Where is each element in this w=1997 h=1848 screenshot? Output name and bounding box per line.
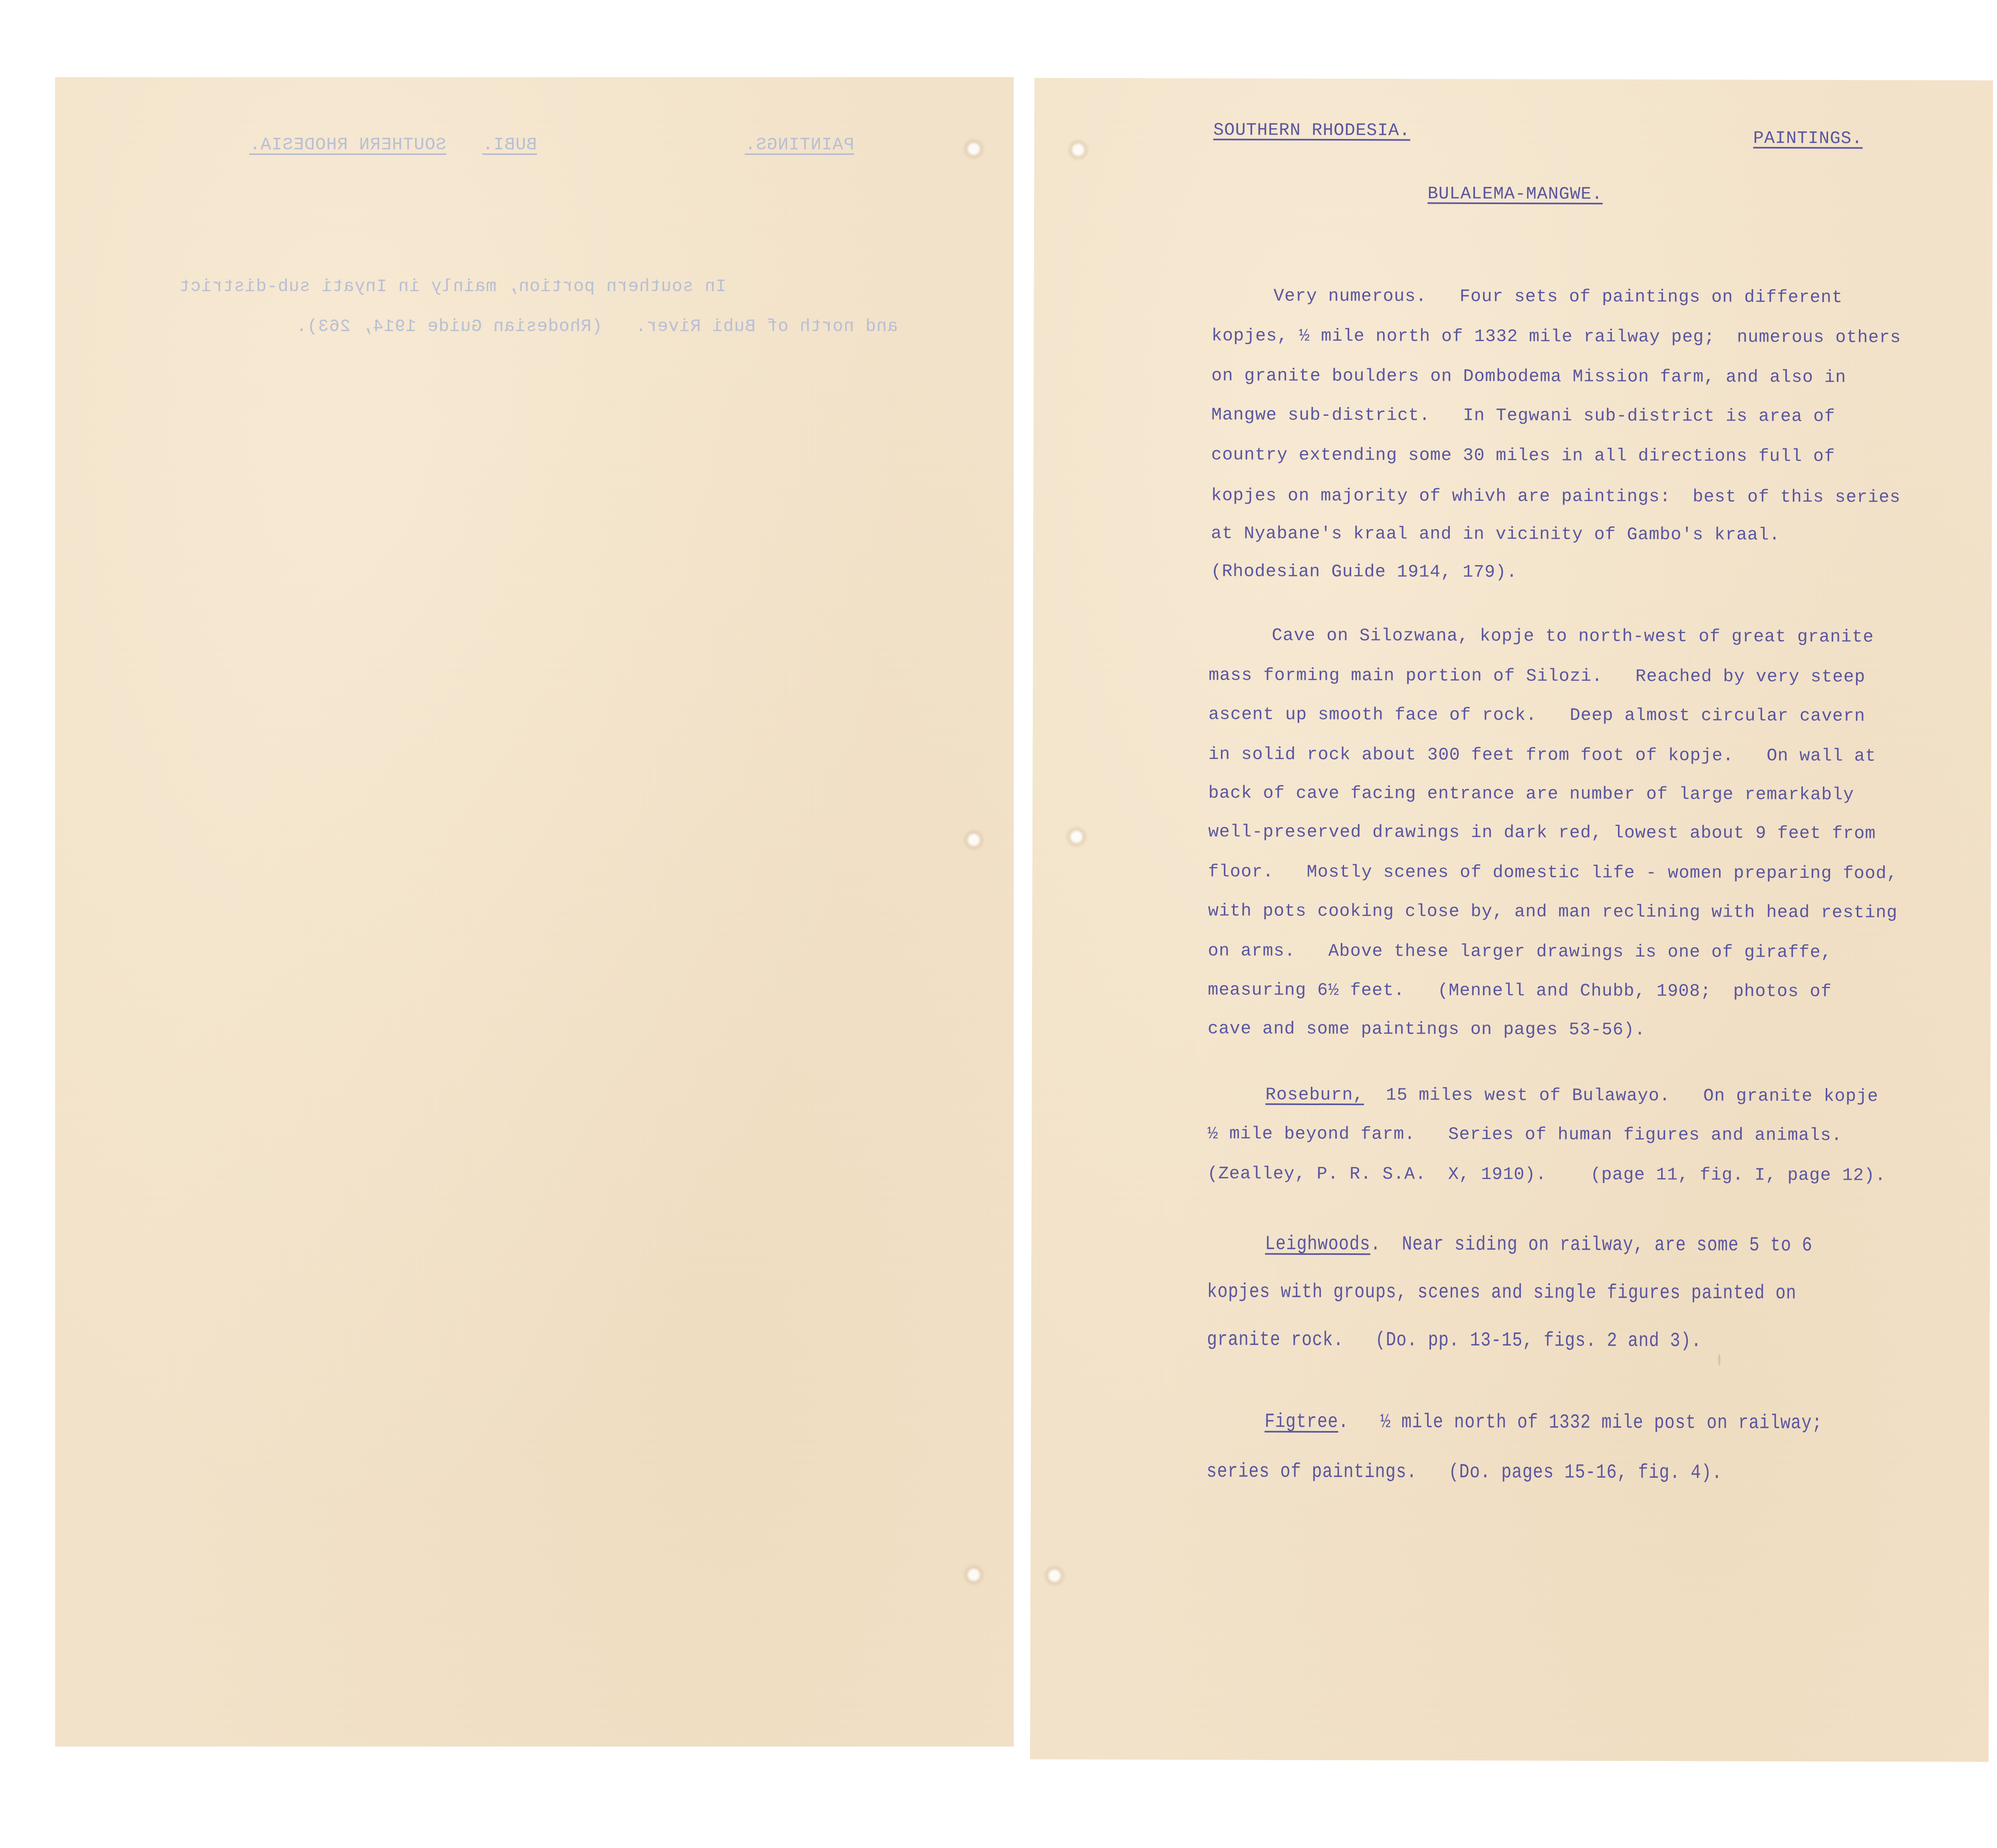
text-line: measuring 6½ feet. (Mennell and Chubb, 1… <box>1208 980 1832 1002</box>
text-line: with pots cooking close by, and man recl… <box>1208 901 1898 923</box>
text-line: back of cave facing entrance are number … <box>1208 783 1854 805</box>
paragraph-bulalema-mangwe: Very numerous. Four sets of paintings on… <box>1034 78 1993 80</box>
text-line-rest: . Near siding on railway, are some 5 to … <box>1370 1233 1812 1257</box>
ink-speck <box>1718 1354 1721 1366</box>
place-name-leighwoods: Leighwoods <box>1265 1233 1370 1256</box>
header-district: BUBI. <box>482 135 537 155</box>
text-line: series of paintings. (Do. pages 15-16, f… <box>1207 1460 1723 1484</box>
text-line: at Nyabane's kraal and in vicinity of Ga… <box>1211 524 1780 545</box>
text-line: kopjes with groups, scenes and single fi… <box>1207 1280 1797 1305</box>
header-region: SOUTHERN RHODESIA. <box>249 135 446 155</box>
mirrored-body-line: In southern portion, mainly in Inyati su… <box>179 277 898 297</box>
text-line: kopjes on majority of whivh are painting… <box>1211 486 1901 508</box>
staple-hole-mark <box>1064 825 1088 849</box>
left-page: PAINTINGS.BUBI.SOUTHERN RHODESIA. In sou… <box>55 77 1014 1747</box>
place-name-figtree: Figtree <box>1265 1411 1338 1433</box>
section-title: BULALEMA-MANGWE. <box>1427 184 1603 204</box>
text-line: (Rhodesian Guide 1914, 179). <box>1211 562 1517 582</box>
paragraph-leighwoods: Leighwoods. Near siding on railway, are … <box>1034 78 1993 80</box>
text-line: Very numerous. Four sets of paintings on… <box>1274 286 1843 308</box>
staple-hole-mark <box>962 1563 986 1587</box>
text-line: well-preserved drawings in dark red, low… <box>1208 822 1876 844</box>
text-line: kopjes, ½ mile north of 1332 mile railwa… <box>1211 326 1901 348</box>
header-region: SOUTHERN RHODESIA. <box>1213 120 1410 141</box>
text-line: country extending some 30 miles in all d… <box>1211 445 1835 466</box>
text-line: ½ mile beyond farm. Series of human figu… <box>1207 1124 1842 1145</box>
mirrored-header: PAINTINGS.BUBI.SOUTHERN RHODESIA. <box>179 115 898 175</box>
staple-hole-mark <box>1042 1564 1066 1588</box>
staple-hole-mark <box>962 137 986 161</box>
text-line-rest: 15 miles west of Bulawayo. On granite ko… <box>1364 1085 1878 1106</box>
text-line: Leighwoods. Near siding on railway, are … <box>1265 1233 1812 1257</box>
text-line: Roseburn, 15 miles west of Bulawayo. On … <box>1265 1085 1878 1107</box>
text-line: Figtree. ½ mile north of 1332 mile post … <box>1265 1411 1822 1435</box>
place-name-roseburn: Roseburn, <box>1265 1085 1364 1106</box>
text-line: (Zealley, P. R. S.A. X, 1910). (page 11,… <box>1207 1164 1886 1185</box>
text-line: granite rock. (Do. pp. 13-15, figs. 2 an… <box>1207 1328 1702 1352</box>
header-subject: PAINTINGS. <box>744 135 854 155</box>
paragraph-figtree: Figtree. ½ mile north of 1332 mile post … <box>1034 78 1993 80</box>
text-line: on granite boulders on Dombodema Mission… <box>1211 366 1846 387</box>
text-line: ascent up smooth face of rock. Deep almo… <box>1209 705 1865 726</box>
text-line: floor. Mostly scenes of domestic life - … <box>1208 862 1898 884</box>
text-line: cave and some paintings on pages 53-56). <box>1208 1019 1646 1040</box>
mirrored-body-line: and north of Bubi River. (Rhodesian Guid… <box>179 317 898 337</box>
text-line: on arms. Above these larger drawings is … <box>1208 941 1832 963</box>
right-page: SOUTHERN RHODESIA. PAINTINGS. BULALEMA-M… <box>1030 78 1993 1762</box>
text-line: Mangwe sub-district. In Tegwani sub-dist… <box>1211 405 1835 427</box>
paragraph-roseburn: Roseburn, 15 miles west of Bulawayo. On … <box>1034 78 1993 80</box>
staple-hole-mark <box>1066 138 1090 162</box>
text-line: Cave on Silozwana, kopje to north-west o… <box>1272 626 1874 647</box>
header-subject: PAINTINGS. <box>1753 129 1863 149</box>
text-line-rest: . ½ mile north of 1332 mile post on rail… <box>1338 1411 1822 1435</box>
paragraph-silozwana-cave: Cave on Silozwana, kopje to north-west o… <box>1034 78 1993 80</box>
text-line: mass forming main portion of Silozi. Rea… <box>1209 665 1865 687</box>
text-line: in solid rock about 300 feet from foot o… <box>1209 744 1876 766</box>
staple-hole-mark <box>962 828 986 852</box>
